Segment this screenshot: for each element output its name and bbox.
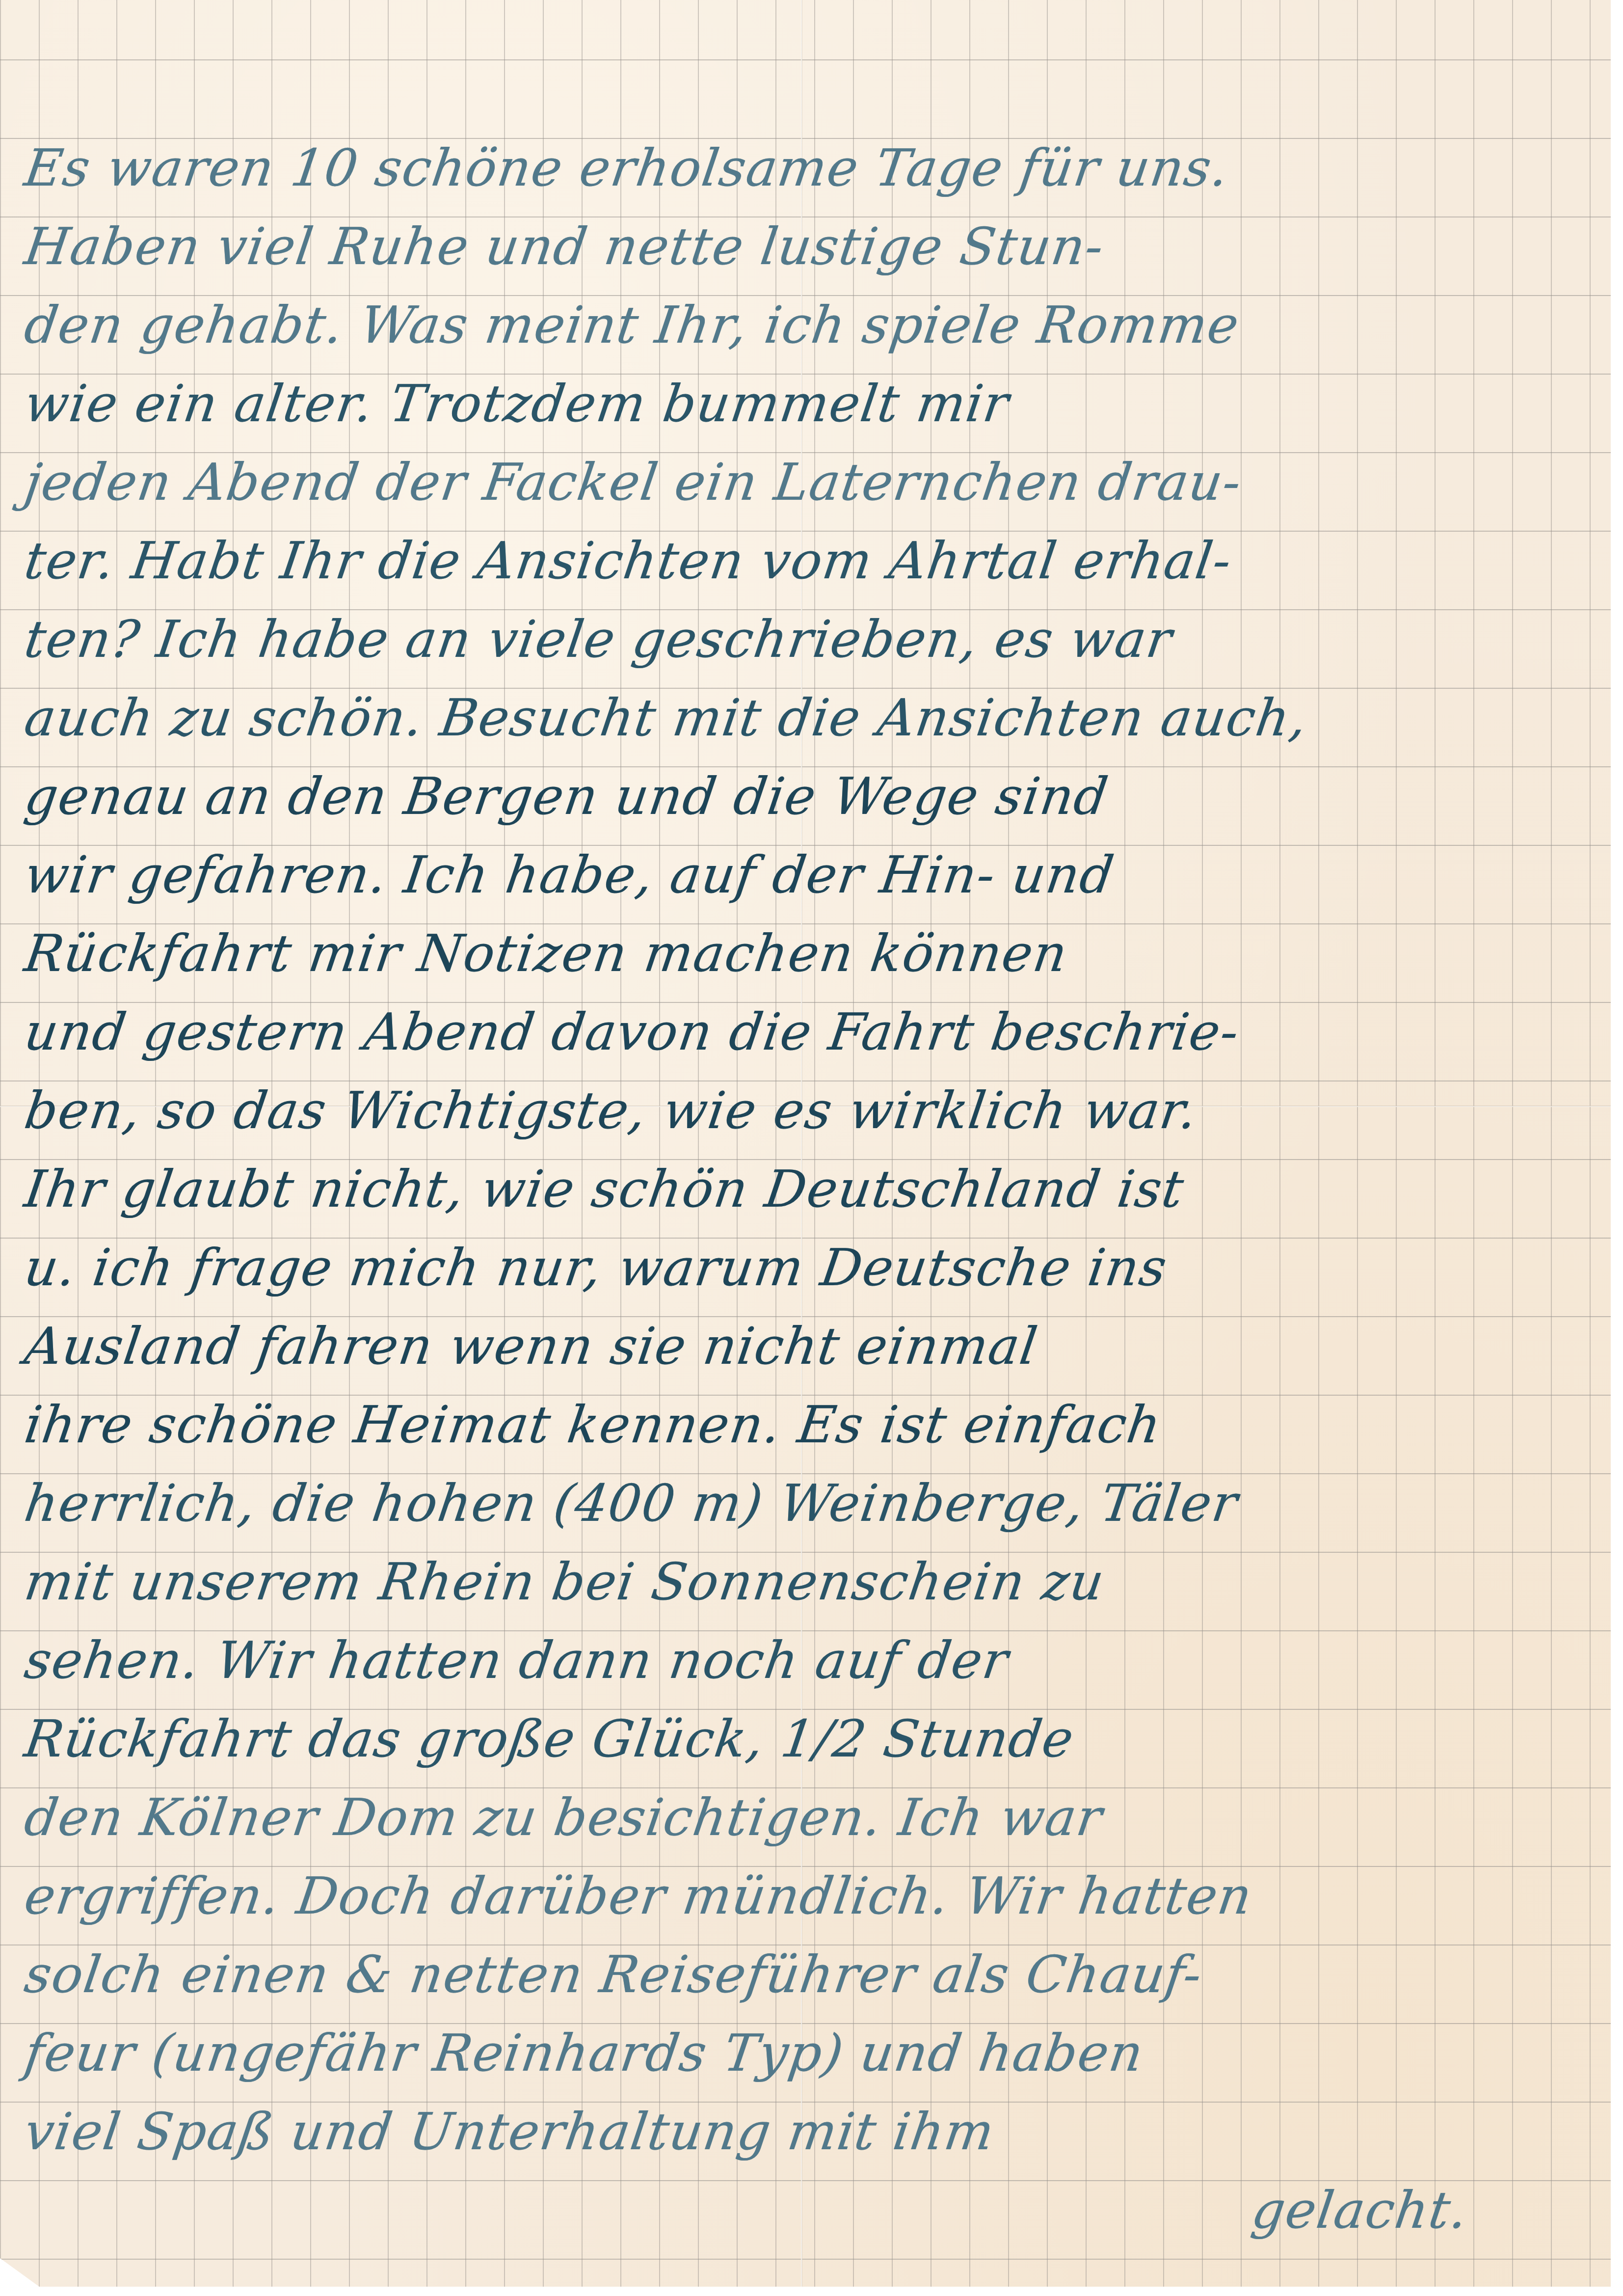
letter-line: feur (ungefähr Reinhards Typ) und haben <box>20 2014 1601 2092</box>
letter-line: wir gefahren. Ich habe, auf der Hin- und <box>20 836 1601 914</box>
letter-line: u. ich frage mich nur, warum Deutsche in… <box>20 1228 1601 1307</box>
letter-line: den gehabt. Was meint Ihr, ich spiele Ro… <box>20 286 1601 364</box>
letter-line: ter. Habt Ihr die Ansichten vom Ahrtal e… <box>20 521 1601 600</box>
letter-line: jeden Abend der Fackel ein Laternchen dr… <box>20 443 1601 521</box>
letter-line: genau an den Bergen und die Wege sind <box>20 757 1601 836</box>
letter-closing: gelacht. <box>20 2171 1601 2249</box>
letter-line: viel Spaß und Unterhaltung mit ihm <box>20 2092 1601 2171</box>
letter-line: Haben viel Ruhe und nette lustige Stun- <box>20 207 1601 286</box>
letter-line: Rückfahrt das große Glück, 1/2 Stunde <box>20 1700 1601 1778</box>
letter-line: und gestern Abend davon die Fahrt beschr… <box>20 993 1601 1071</box>
letter-line: ben, so das Wichtigste, wie es wirklich … <box>20 1071 1601 1150</box>
letter-line: Es waren 10 schöne erholsame Tage für un… <box>20 129 1601 207</box>
letter-line: wie ein alter. Trotzdem bummelt mir <box>20 364 1601 443</box>
letter-line: sehen. Wir hatten dann noch auf der <box>20 1621 1601 1700</box>
letter-line: herrlich, die hohen (400 m) Weinberge, T… <box>20 1464 1601 1542</box>
letter-line: ten? Ich habe an viele geschrieben, es w… <box>20 600 1601 678</box>
letter-line: ergriffen. Doch darüber mündlich. Wir ha… <box>20 1857 1601 1935</box>
letter-line: mit unserem Rhein bei Sonnenschein zu <box>20 1542 1601 1621</box>
letter-line: Ihr glaubt nicht, wie schön Deutschland … <box>20 1150 1601 1228</box>
letter-line: auch zu schön. Besucht mit die Ansichten… <box>20 678 1601 757</box>
letter-line: Ausland fahren wenn sie nicht einmal <box>20 1307 1601 1385</box>
letter-line: den Kölner Dom zu besichtigen. Ich war <box>20 1778 1601 1857</box>
letter-line: solch einen & netten Reiseführer als Cha… <box>20 1935 1601 2014</box>
letter-body: Es waren 10 schöne erholsame Tage für un… <box>20 129 1590 2249</box>
letter-line: ihre schöne Heimat kennen. Es ist einfac… <box>20 1385 1601 1464</box>
letter-line: Rückfahrt mir Notizen machen können <box>20 914 1601 993</box>
